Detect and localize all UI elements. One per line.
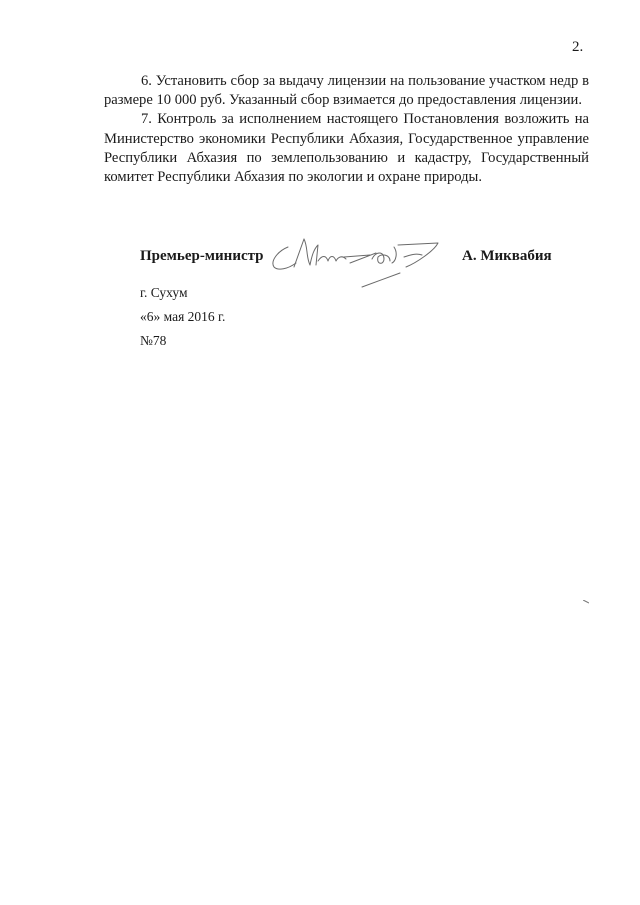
signature-block: Премьер-министр А. Миквабия — [140, 245, 580, 275]
handwritten-signature-icon — [266, 233, 446, 293]
document-page: 2. 6. Установить сбор за выдачу лицензии… — [0, 0, 640, 905]
paragraph-6: 6. Установить сбор за выдачу лицензии на… — [104, 72, 589, 110]
signatory-name: А. Миквабия — [462, 248, 552, 265]
issue-date: «6» мая 2016 г. — [140, 309, 225, 325]
paragraph-7: 7. Контроль за исполнением настоящего По… — [104, 110, 589, 187]
scan-artifact-icon — [583, 600, 589, 604]
page-number: 2. — [572, 38, 583, 56]
document-body: 6. Установить сбор за выдачу лицензии на… — [104, 72, 589, 187]
signatory-title: Премьер-министр — [140, 248, 264, 265]
place-of-issue: г. Сухум — [140, 285, 188, 301]
document-number: №78 — [140, 333, 166, 349]
